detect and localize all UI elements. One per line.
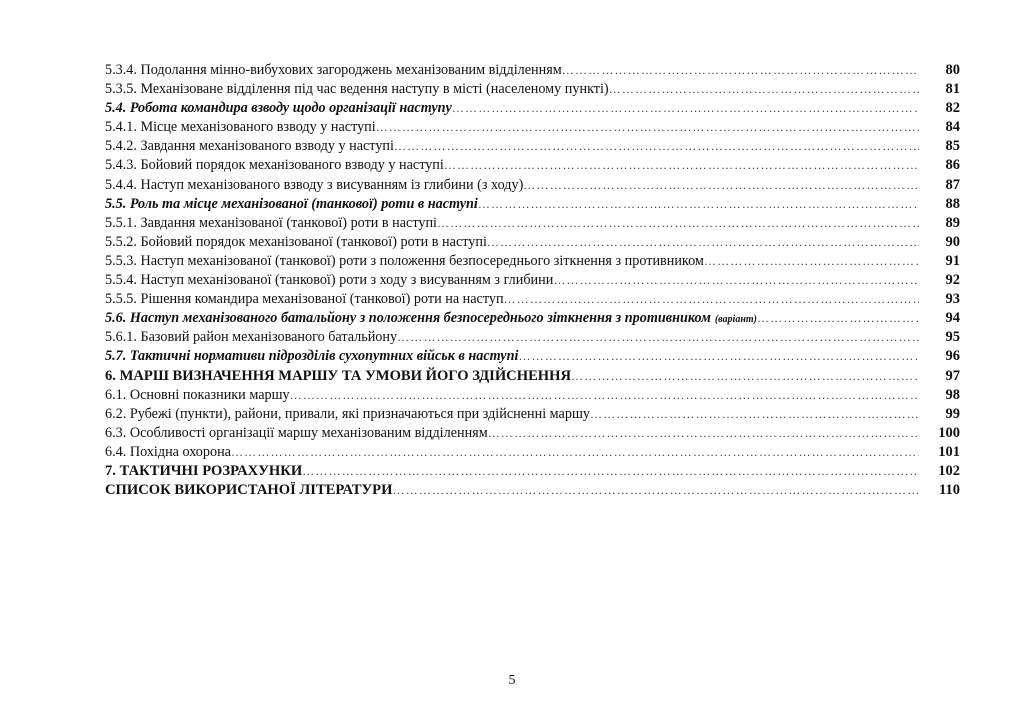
toc-entry[interactable]: 6.2. Рубежі (пункти), райони, привали, я… [105,405,960,424]
toc-entry-page: 90 [919,233,960,252]
dot-leader [757,309,919,328]
toc-entry-text: 5.5.5. Рішення командира механізованої (… [105,290,919,309]
dot-leader [488,424,919,443]
toc-entry-title: 5.4.2. Завдання механізованого взводу у … [105,137,394,156]
toc-entry-text: 7. ТАКТИЧНІ РОЗРАХУНКИ [105,462,919,481]
toc-entry-title: 5.5.4. Наступ механізованої (танкової) р… [105,271,553,290]
toc-entry-text: 6. МАРШ ВИЗНАЧЕННЯ МАРШУ ТА УМОВИ ЙОГО З… [105,367,919,386]
toc-entry-title: 6. МАРШ ВИЗНАЧЕННЯ МАРШУ ТА УМОВИ ЙОГО З… [105,367,571,386]
toc-entry-page: 86 [919,156,960,175]
dot-leader [704,252,919,271]
dot-leader [452,99,919,118]
dot-leader [590,405,919,424]
toc-entry-title: 5.5.3. Наступ механізованої (танкової) р… [105,252,704,271]
toc-entry-text: 5.5.2. Бойовий порядок механізованої (та… [105,233,919,252]
toc-entry[interactable]: 6.3. Особливості організації маршу механ… [105,424,960,443]
toc-entry-page: 96 [919,347,960,366]
page-number: 5 [0,673,1024,689]
toc-entry-page: 93 [919,290,960,309]
toc-entry[interactable]: 5.5.2. Бойовий порядок механізованої (та… [105,233,960,252]
toc-entry-text: СПИСОК ВИКОРИСТАНОЇ ЛІТЕРАТУРИ [105,481,919,500]
toc-entry[interactable]: 6. МАРШ ВИЗНАЧЕННЯ МАРШУ ТА УМОВИ ЙОГО З… [105,367,960,386]
toc-entry-page: 85 [919,137,960,156]
toc-entry-text: 5.4.3. Бойовий порядок механізованого вз… [105,156,919,175]
toc-entry-text: 5.4.1. Місце механізованого взводу у нас… [105,118,919,137]
dot-leader [376,118,919,137]
dot-leader [553,271,919,290]
toc-entry-page: 95 [919,328,960,347]
toc-entry[interactable]: 5.5.3. Наступ механізованої (танкової) р… [105,252,960,271]
toc-entry-title: 5.3.4. Подолання мінно-вибухових загород… [105,61,562,80]
toc-entry[interactable]: 5.3.4. Подолання мінно-вибухових загород… [105,61,960,80]
toc-entry[interactable]: 5.4. Робота командира взводу щодо органі… [105,99,960,118]
toc-entry-text: 5.5. Роль та місце механізованої (танков… [105,195,919,214]
dot-leader [487,233,919,252]
toc-entry-title: 5.4.4. Наступ механізованого взводу з ви… [105,176,523,195]
toc-entry-text: 6.1. Основні показники маршу [105,386,919,405]
toc-entry-text: 5.4.2. Завдання механізованого взводу у … [105,137,919,156]
toc-entry-title: 5.4. Робота командира взводу щодо органі… [105,99,452,118]
toc-entry-title: 5.6.1. Базовий район механізованого бата… [105,328,397,347]
toc-entry-page: 89 [919,214,960,233]
toc-entry-text: 5.4. Робота командира взводу щодо органі… [105,99,919,118]
toc-entry-text: 5.5.3. Наступ механізованої (танкової) р… [105,252,919,271]
toc-entry[interactable]: 5.5.1. Завдання механізованої (танкової)… [105,214,960,233]
dot-leader [444,156,919,175]
toc-entry-title: 7. ТАКТИЧНІ РОЗРАХУНКИ [105,462,302,481]
toc-entry-title: 5.5. Роль та місце механізованої (танков… [105,195,478,214]
dot-leader [231,443,919,462]
dot-leader [302,462,919,481]
toc-entry-title: 5.6. Наступ механізованого батальйону з … [105,309,711,328]
toc-entry-title: 5.7. Тактичні нормативи підрозділів сухо… [105,347,518,366]
toc-entry-page: 99 [919,405,960,424]
toc-entry-title: 5.5.1. Завдання механізованої (танкової)… [105,214,437,233]
toc-entry[interactable]: 5.4.2. Завдання механізованого взводу у … [105,137,960,156]
toc-entry-page: 94 [919,309,960,328]
dot-leader [290,386,919,405]
toc-entry-text: 6.4. Похідна охорона [105,443,919,462]
toc-entry-title: 6.2. Рубежі (пункти), райони, привали, я… [105,405,590,424]
dot-leader [571,367,919,386]
toc-entry[interactable]: 5.5. Роль та місце механізованої (танков… [105,195,960,214]
toc-entry-text: 5.6. Наступ механізованого батальйону з … [105,309,919,329]
toc-entry-page: 92 [919,271,960,290]
dot-leader [397,328,919,347]
toc-entry[interactable]: 5.5.4. Наступ механізованої (танкової) р… [105,271,960,290]
toc-entry[interactable]: 5.4.3. Бойовий порядок механізованого вз… [105,156,960,175]
toc-entry-page: 87 [919,176,960,195]
toc-entry-page: 88 [919,195,960,214]
table-of-contents: 5.3.4. Подолання мінно-вибухових загород… [105,61,960,500]
toc-entry[interactable]: 5.6. Наступ механізованого батальйону з … [105,309,960,328]
toc-entry-title: 6.3. Особливості організації маршу механ… [105,424,488,443]
toc-entry-title: 5.3.5. Механізоване відділення під час в… [105,80,609,99]
toc-entry-text: 5.5.1. Завдання механізованої (танкової)… [105,214,919,233]
toc-entry-text: 5.7. Тактичні нормативи підрозділів сухо… [105,347,919,366]
toc-entry-title: 5.4.1. Місце механізованого взводу у нас… [105,118,376,137]
toc-entry-text: 5.3.5. Механізоване відділення під час в… [105,80,919,99]
toc-entry[interactable]: СПИСОК ВИКОРИСТАНОЇ ЛІТЕРАТУРИ110 [105,481,960,500]
toc-entry-text: 6.3. Особливості організації маршу механ… [105,424,919,443]
toc-entry-page: 98 [919,386,960,405]
dot-leader [518,347,919,366]
dot-leader [478,195,919,214]
toc-entry-title: 5.4.3. Бойовий порядок механізованого вз… [105,156,444,175]
toc-entry[interactable]: 5.3.5. Механізоване відділення під час в… [105,80,960,99]
dot-leader [437,214,919,233]
toc-entry[interactable]: 5.5.5. Рішення командира механізованої (… [105,290,960,309]
toc-entry-text: 5.4.4. Наступ механізованого взводу з ви… [105,176,919,195]
toc-entry-text: 5.6.1. Базовий район механізованого бата… [105,328,919,347]
toc-entry[interactable]: 7. ТАКТИЧНІ РОЗРАХУНКИ102 [105,462,960,481]
toc-entry-text: 5.5.4. Наступ механізованої (танкової) р… [105,271,919,290]
dot-leader [609,80,919,99]
toc-entry[interactable]: 5.4.1. Місце механізованого взводу у нас… [105,118,960,137]
toc-entry-page: 91 [919,252,960,271]
dot-leader [394,137,919,156]
toc-entry[interactable]: 5.4.4. Наступ механізованого взводу з ви… [105,176,960,195]
toc-entry-title: 6.1. Основні показники маршу [105,386,290,405]
dot-leader [523,176,919,195]
dot-leader [392,481,919,500]
toc-entry-title: СПИСОК ВИКОРИСТАНОЇ ЛІТЕРАТУРИ [105,481,392,500]
toc-entry-text: 6.2. Рубежі (пункти), райони, привали, я… [105,405,919,424]
toc-entry-page: 84 [919,118,960,137]
toc-entry-title: 5.5.2. Бойовий порядок механізованої (та… [105,233,487,252]
toc-entry-text: 5.3.4. Подолання мінно-вибухових загород… [105,61,919,80]
toc-entry-title-suffix: (варіант) [715,310,757,329]
toc-entry[interactable]: 5.6.1. Базовий район механізованого бата… [105,328,960,347]
dot-leader [504,290,919,309]
toc-entry-title: 6.4. Похідна охорона [105,443,231,462]
toc-entry[interactable]: 6.4. Похідна охорона101 [105,443,960,462]
toc-entry-page: 81 [919,80,960,99]
toc-entry-page: 101 [919,443,960,462]
toc-entry-page: 100 [919,424,960,443]
toc-entry-page: 80 [919,61,960,80]
toc-entry-page: 97 [919,367,960,386]
toc-entry[interactable]: 5.7. Тактичні нормативи підрозділів сухо… [105,347,960,366]
toc-entry-title: 5.5.5. Рішення командира механізованої (… [105,290,504,309]
dot-leader [562,61,919,80]
toc-entry-page: 82 [919,99,960,118]
toc-entry-page: 110 [919,481,960,500]
toc-entry[interactable]: 6.1. Основні показники маршу98 [105,386,960,405]
toc-entry-page: 102 [919,462,960,481]
